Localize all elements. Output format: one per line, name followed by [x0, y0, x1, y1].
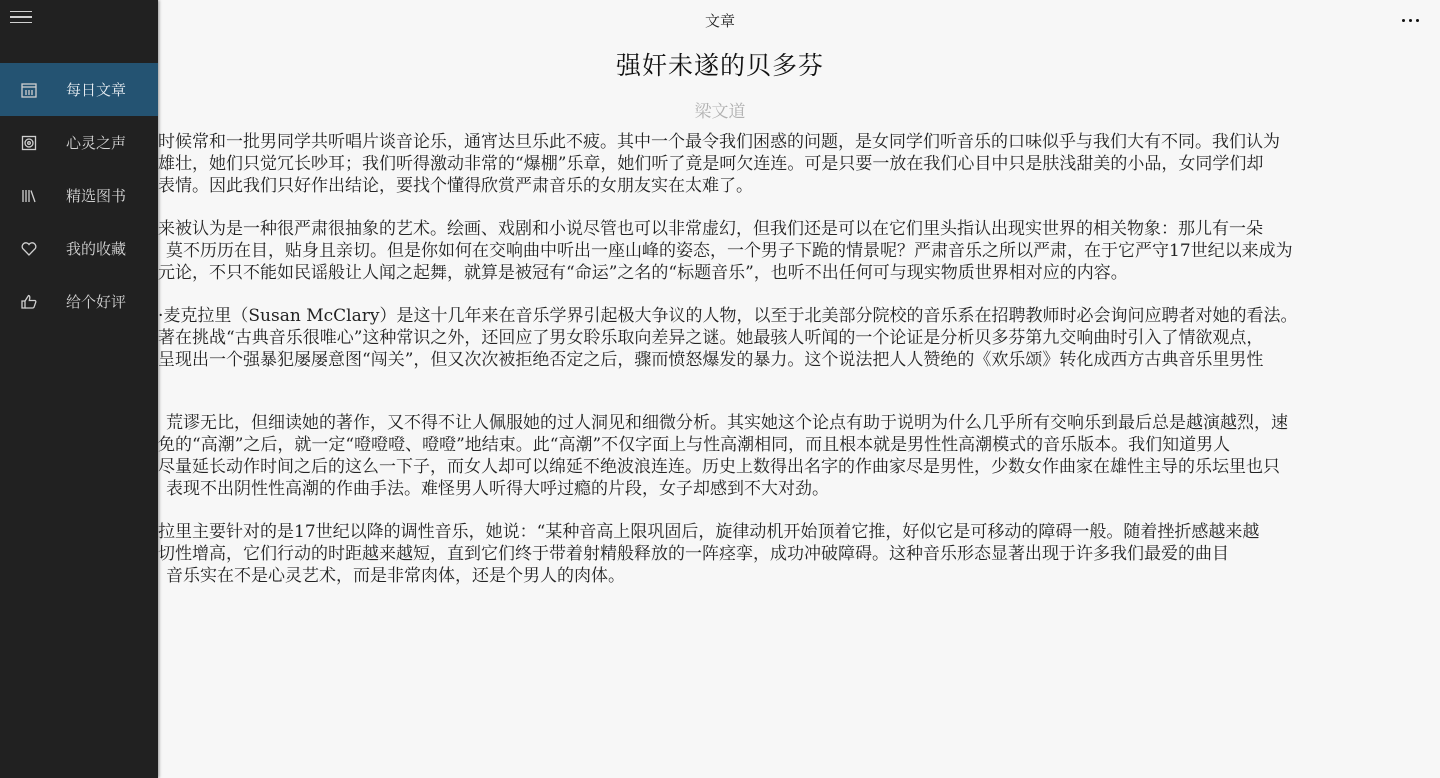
paragraph-line: 二元论，不只不能如民谣般让人闻之起舞，就算是被冠有“命运”之名的“标题音乐”，也…: [141, 262, 1128, 284]
sidebar-nav: 每日文章 心灵之声 精选图书 我的收藏: [0, 63, 158, 328]
sidebar-item-label: 精选图书: [66, 185, 126, 206]
sidebar-item-voice-of-soul[interactable]: 心灵之声: [0, 116, 158, 169]
more-dot-icon: [1409, 19, 1412, 22]
paragraph-line: 迫切性增高，它们行动的时距越来越短，直到它们终于带着射精般释放的一阵痉挛，成功冲…: [141, 543, 1229, 565]
sidebar-item-label: 每日文章: [66, 79, 126, 100]
paragraph-line: ，表现不出阴性性高潮的作曲手法。难怪男人听得大呼过瘾的片段，女子却感到不大对劲。: [149, 478, 829, 500]
article-view: 文章 强奸未遂的贝多芬 梁文道 的时候常和一批男同学共听唱片谈音论乐，通宵达旦乐…: [0, 0, 1440, 778]
more-options-button[interactable]: [1398, 8, 1422, 32]
paragraph-line: 珊·麦克拉里（Susan McClary）是这十几年来在音乐学界引起极大争议的人…: [141, 305, 1297, 327]
paragraph-line: 的表情。因此我们只好作出结论，要找个懂得欣赏严肃音乐的女朋友实在太难了。: [141, 175, 753, 197]
more-dot-icon: [1416, 19, 1419, 22]
app-window: 文章 强奸未遂的贝多芬 梁文道 的时候常和一批男同学共听唱片谈音论乐，通宵达旦乐…: [0, 0, 1440, 778]
sidebar-item-selected-books[interactable]: 精选图书: [0, 169, 158, 222]
paragraph-line: ，音乐实在不是心灵艺术，而是非常肉体，还是个男人的肉体。: [149, 565, 625, 587]
sidebar-item-rate-app[interactable]: 给个好评: [0, 275, 158, 328]
more-dot-icon: [1402, 19, 1405, 22]
hamburger-icon: [10, 16, 32, 18]
article-author: 梁文道: [0, 97, 1440, 122]
sidebar-item-label: 我的收藏: [66, 238, 126, 259]
page-title: 文章: [0, 10, 1440, 31]
sidebar-item-favorites[interactable]: 我的收藏: [0, 222, 158, 275]
speaker-icon: [20, 134, 38, 152]
paragraph-line: 的时候常和一批男同学共听唱片谈音论乐，通宵达旦乐此不疲。其中一个最令我们困惑的问…: [141, 131, 1280, 153]
paragraph-line: 主尽量延长动作时间之后的这么一下子，而女人却可以绵延不绝波浪连连。历史上数得出名…: [141, 456, 1280, 478]
thumbs-up-icon: [20, 293, 38, 311]
sidebar-item-daily-article[interactable]: 每日文章: [0, 63, 158, 116]
paragraph-line: 论著在挑战“古典音乐很唯心”这种常识之外，还回应了男女聆乐取向差异之谜。她最骇人…: [141, 327, 1263, 349]
library-icon: [20, 187, 38, 205]
paragraph-line: 避免的“高潮”之后，就一定“噔噔噔、噔噔”地结束。此“高潮”不仅字面上与性高潮相…: [141, 434, 1230, 456]
calendar-icon: [20, 81, 38, 99]
sidebar: 每日文章 心灵之声 精选图书 我的收藏: [0, 0, 158, 778]
paragraph-line: 章呈现出一个强暴犯屡屡意图“闯关”，但又次次被拒绝否定之后，骤而愤怒爆发的暴力。…: [141, 349, 1263, 371]
sidebar-item-label: 给个好评: [66, 291, 126, 312]
heart-icon: [20, 240, 38, 258]
paragraph-line: ，荒谬无比，但细读她的著作，又不得不让人佩服她的过人洞见和细微分析。其实她这个论…: [149, 412, 1288, 434]
hamburger-icon: [10, 22, 32, 24]
article-title: 强奸未遂的贝多芬: [0, 46, 1440, 82]
hamburger-menu-button[interactable]: [10, 8, 34, 26]
paragraph-line: 克拉里主要针对的是17世纪以降的调性音乐，她说：“某种音高上限巩固后，旋律动机开…: [141, 521, 1259, 543]
paragraph-line: 向来被认为是一种很严肃很抽象的艺术。绘画、戏剧和小说尽管也可以非常虚幻，但我们还…: [141, 218, 1263, 240]
hamburger-icon: [10, 11, 32, 13]
sidebar-item-label: 心灵之声: [66, 132, 126, 153]
paragraph-line: 高雄壮，她们只觉冗长吵耳；我们听得激动非常的“爆棚”乐章，她们听了竟是呵欠连连。…: [141, 153, 1263, 175]
paragraph-line: ，莫不历历在目，贴身且亲切。但是你如何在交响曲中听出一座山峰的姿态，一个男子下跪…: [149, 240, 1293, 262]
